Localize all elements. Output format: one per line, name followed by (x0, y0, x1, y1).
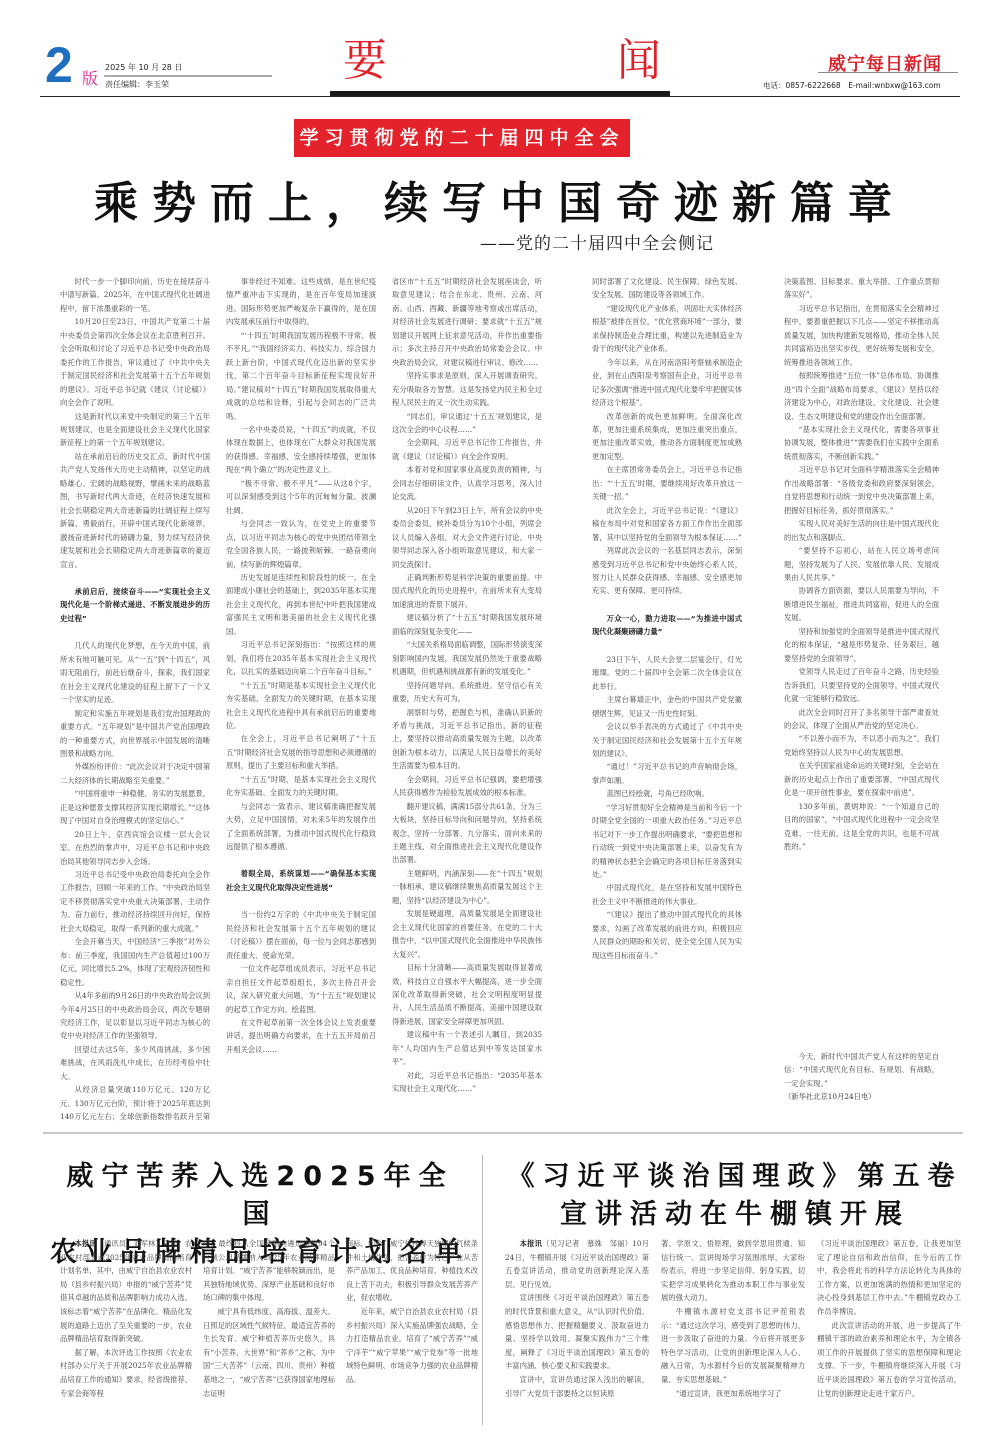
paragraph: 正确判断形势是科学决策的重要前提。中国式现代化的历史进程中，在前所未有大变局加速… (392, 571, 542, 611)
paragraph: “中国将重申一种稳健、务实的发展愿景，正是这种愿景支撑其经济实现长期增长。”“这… (60, 787, 210, 827)
paragraph: 从经济总量突破110万亿元、120万亿元、130万亿元台阶，预计将于2025年底… (60, 1083, 210, 1125)
paragraph: “基本实现社会主义现代化，需要各项事业协调发展，整体推进”“需要我们在实践中全面… (784, 423, 939, 463)
paragraph: 此次宣讲活动的开展，进一步提高了牛棚镇干部的政治素养和理论水平，为全镇各项工作的… (817, 1319, 961, 1401)
paragraph: 全会开幕当天，中国经济“三季报”对外公布：前三季度，我国国内生产总值超过100万… (60, 935, 210, 989)
paragraph: 一名中央委员说，“十四五”的成就，不仅体现在数据上，也体现在广大群众对我国发展的… (226, 423, 376, 477)
paragraph: 外媒纷纷评价：“此次会议对于决定中国第二大经济体的长期战略至关重要。” (60, 760, 210, 787)
topic-kicker-banner: 学习贯彻党的二十届四中全会精神 (294, 119, 630, 157)
paragraph: 主题鲜明，内涵深刻——在“十四五”规划一脉相承，建议稿继续聚焦高质量发展这个主题… (392, 867, 542, 907)
page-number-suffix: 版 (82, 66, 98, 89)
paragraph: 建议稿中有一个表述引人瞩目，到2035年“人均国内生产总值达到中等发达国家水平”… (392, 1028, 542, 1068)
paragraph: 从20日下午到23日上午，所有会议的中央委员会委员、候补委员分为10个小组，列席… (392, 504, 542, 571)
byline: （通讯员 刘军林） (97, 1239, 163, 1248)
paragraph: 今年以来，从在河南洛阳考察轴承制造企业，到在山西阳泉考察国有企业，习近平总书记多… (592, 356, 742, 410)
page-number: 2 (45, 40, 73, 90)
paragraph: 此次全会同时召开了多名领导干部严肃查处的会议，体现了全面从严治党的坚定决心。 (784, 706, 939, 733)
paragraph: 全会期间，习近平总书记作工作报告，并就《建议（讨论稿）》向全会作说明。 (392, 436, 542, 463)
paragraph: 宣讲中，宣讲员通过深入浅出的解读，引导广大党员干部要持之以恒读原 (505, 1373, 649, 1400)
paragraph: 决策蓝图、目标要求、重大举措、工作重点贯彻落实好”。 (784, 275, 939, 302)
paragraph: 23日下午，人民大会堂二层宴会厅，灯光璀璨。党的二十届四中全会第二次全体会议在此… (592, 653, 742, 693)
contact-info: 电话：0857-6222668 E-mail:wnbxw@163.com (763, 80, 941, 91)
paragraph: 当一份约2万字的《中共中央关于制定国民经济和社会发展第十五个五年规划的建议（讨论… (226, 908, 376, 962)
paragraph: 今天，新时代中国共产党人有这样的坚定自信：“中国式现代化有目标、有规划、有战略，… (784, 1050, 939, 1090)
lead-column-3: 省区市“十五五”时期经济社会发展座谈会，听取意见建议；结合在东北、贵州、云南、河… (392, 275, 542, 1125)
paragraph: 习近平总书记指出，在贯彻落实全会精神过程中，要着重把握以下几点——坚定不移推动高… (784, 302, 939, 369)
paragraph: 著、学原文、悟原理，做到学思用贯通、知信行统一。宣讲现场学习氛围浓厚，大家纷纷表… (661, 1237, 805, 1305)
paragraph: “同志们，审议通过‘十五五’规划建议，是这次全会的中心议程……” (392, 410, 542, 437)
lecture-column-2: 著、学原文、悟原理，做到学思用贯通、知信行统一。宣讲现场学习氛围浓厚，大家纷纷表… (661, 1237, 805, 1417)
paragraph: 本报讯（见习记者 慕姝 邹丽）10月24日，牛棚镇开展《习近平谈治国理政》第五卷… (505, 1237, 649, 1291)
byline: （见习记者 慕姝 邹丽） (542, 1239, 632, 1248)
paragraph: 威宁具有低纬度、高海拔、温差大、日照足的区域性气候特征，最适宜苦荞的生长发育。威… (203, 1305, 335, 1400)
paragraph: 历史发展是连续性和阶段性的统一。在全面建成小康社会的基础上，到2035年基本实现… (226, 571, 376, 638)
paragraph: “极不寻常、极不平凡”——从这8个字，可以深刻感受到这个5年的沉甸甸分量、波澜壮… (226, 477, 376, 517)
paragraph: 主席台幕墙正中，金色的中国共产党党徽熠熠生辉，见证又一历史性时刻。 (592, 693, 742, 720)
paragraph: 回望过去这5年，多少风雨挑战，多少困难挑战，在风雨洗礼中成长，在历经考验中壮大。 (60, 1043, 210, 1083)
paragraph: 近年来，威宁自治县农业农村局（县乡村振兴局）深入实施品牌强农战略，全力打造精品农… (346, 1305, 478, 1387)
byline-label: 本报讯 (75, 1239, 97, 1248)
paragraph: 130多年前，黄炳坤说：“一个知道自己的目的的国家”，“中国式现代化进程中一定会… (784, 800, 939, 854)
paragraph: 会议以举手表决的方式通过了《中共中央关于制定国民经济和社会发展第十五个五年规划的… (592, 720, 742, 760)
lecture-column-1: 本报讯（见习记者 慕姝 邹丽）10月24日，牛棚镇开展《习近平谈治国理政》第五卷… (505, 1237, 649, 1417)
section-title-char-1: 要 (343, 36, 387, 86)
paragraph: 此次全会上，习近平总书记说：“《建议》稿在布局中对党和国家各方面工作作出全面部署… (592, 504, 742, 544)
paragraph: 坚持实事求是原则，深入开展调查研究，充分吸取各方智慧。这是发扬党内民主和全过程人… (392, 369, 542, 409)
header-thin-rule (40, 96, 960, 97)
paragraph: 宣讲围绕《习近平谈治国理政》第五卷的时代背景和重大意义，从“认识时代价值、感悟思… (505, 1291, 649, 1373)
paragraph: 从4年多前的9月26日的中央政治局会议到今年4月25日的中央政治局会议，两次专题… (60, 989, 210, 1043)
paragraph: 本着对党和国家事业高度负责的精神，与会同志仔细研读文件，认真学习思考，深入讨论交… (392, 463, 542, 503)
paragraph: 《习近平谈治国理政》第五卷，让我更加坚定了理论自信和政治信仰，在今后的工作中，我… (817, 1237, 961, 1319)
paragraph: 制定和实施五年规划是我们党治国理政的重要方式。“五年规划”是中国共产党治国理政的… (60, 707, 210, 761)
lead-closing: 今天，新时代中国共产党人有这样的坚定自信：“中国式现代化有目标、有规划、有战略，… (784, 1050, 939, 1110)
paragraph: 时代一步一个脚印向前，历史在接续奋斗中谱写新篇。2025年，在中国式现代化壮阔进… (60, 275, 210, 315)
lecture-column-3: 《习近平谈治国理政》第五卷，让我更加坚定了理论自信和政治信仰，在今后的工作中，我… (817, 1237, 961, 1417)
paragraph: “‘十四五’时期我国发展历程极不寻常、极不平凡。”“我国经济实力、科技实力、综合… (226, 329, 376, 423)
paragraph: 发展是硬道理，高质量发展是全面建设社会主义现代化国家的首要任务，在党的二十大报告… (392, 907, 542, 961)
paragraph: 在文件起草前第一次全体会议上发表重要讲话，提出明确方向要求，在十五五开局前召开相… (226, 1016, 376, 1056)
column-divider (482, 1155, 483, 1425)
paragraph: 洞察时与势，把握危与机，准确认识新的矛盾与挑战，习近平总书记指出，新的征程上，要… (392, 706, 542, 773)
paragraph: “不以善小而不为，不以恶小而为之”，我们党始终坚持以人民为中心的发展思想。 (784, 732, 939, 759)
lead-column-2: 事非经过不知难。这些成绩，是在世纪疫情严重冲击下实现的，是在百年变局加速演进、国… (226, 275, 376, 1125)
paragraph: 序，最终将从全国范围内遴选出的94个区域公用品牌纳入2025年农业品牌精品培育计… (203, 1237, 335, 1305)
paragraph: 省区市“十五五”时期经济社会发展座谈会，听取意见建议；结合在东北、贵州、云南、河… (392, 275, 542, 369)
paragraph: 在关乎国家前途命运的关键时刻，全会站在新的历史起点上作出了重要部署，“中国式现代… (784, 759, 939, 799)
paragraph: “十五五”时期是基本实现社会主义现代化夯实基础、全面发力的关键时期，在基本实现社… (226, 679, 376, 733)
paragraph: “通过宣讲，我更加系统地学习了 (661, 1387, 805, 1401)
paragraph: 事非经过不知难。这些成绩，是在世纪疫情严重冲击下实现的，是在百年变局加速演进、国… (226, 275, 376, 329)
buckwheat-column-3: 商标。如今，威宁依托得天独厚的气候条件和土壤优势，把苦荞作为特色产业从苦荞产品加… (346, 1237, 478, 1417)
paragraph: 与会同志一致认为，在党史上的重要节点，以习近平同志为核心的党中央团结带领全党全国… (226, 517, 376, 571)
lead-subheadline: ——党的二十届四中全会侧记 (480, 229, 714, 254)
paragraph: “《建议》提出了推动中国式现代化的具体要求，勾画了改革发展的前进方向，积极回应人… (592, 908, 742, 962)
section-subheading: 承前启后，接续奋斗——“实现社会主义现代化是一个阶梯式递进、不断发展进步的历史过… (60, 585, 210, 625)
section-subheading: 着眼全局，系统谋划——“确保基本实现社会主义现代化取得决定性进展” (226, 867, 376, 894)
section-separator (43, 1132, 963, 1134)
paragraph: “十五五”时期，是基本实现社会主义现代化夯实基础、全面发力的关键时期。 (226, 773, 376, 800)
paragraph: 全会期间，习近平总书记强调，要把增强人民获得感作为检验发展成效的根本标准。 (392, 773, 542, 800)
paragraph: 中国式现代化，是在坚持和发展中国特色社会主义中不断推进的伟大事业。 (592, 881, 742, 908)
paragraph: 建议稿分析了“十五五”时期我国发展环境面临的深刻复杂变化—— (392, 611, 542, 638)
lead-column-1: 时代一步一个脚印向前，历史在接续奋斗中谱写新篇。2025年，在中国式现代化壮阔进… (60, 275, 210, 1125)
section-subheading: 万众一心，勠力进取——“为推进中国式现代化凝聚磅礴力量” (592, 612, 742, 639)
paragraph: 蓝图已经绘就，号角已经吹响。 (592, 787, 742, 800)
paragraph: 坚持和加强党的全面领导是推进中国式现代化的根本保证，“越是形势复杂、任务艰巨，越… (784, 625, 939, 665)
lead-column-4: 同时部署了文化建设、民生保障、绿色发展、安全发展、国防建设等各领域工作。 “建设… (592, 275, 742, 1125)
paragraph-text: 日前，农业农村部公示2025年农业品牌精品培育计划名单，其中，由威宁自治县农业农… (60, 1239, 192, 1343)
paragraph: 坚持问题导向，系统推进。坚守信心有关重要，历史大有可为。 (392, 679, 542, 706)
paragraph: 列席此次会议的一名基层同志表示，深刻感受到习近平总书记和党中央始终心系人民，努力… (592, 544, 742, 598)
paragraph: 这是新时代以来党中央制定的第三个五年规划建议，也是全面建设社会主义现代化国家新征… (60, 410, 210, 450)
paragraph: 站在承前启后的历史交汇点，新时代中国共产党人发扬伟大历史主动精神，以坚定的战略雄… (60, 450, 210, 571)
masthead-rule (104, 75, 272, 77)
paragraph: 目标十分清晰——高质量发展取得显著成效，科技自立自强水平大幅提高，进一步全面深化… (392, 961, 542, 1028)
paragraph: 本报讯（通讯员 刘军林）日前，农业农村部公示2025年农业品牌精品培育计划名单，… (60, 1237, 192, 1346)
paragraph: 协调各方面资源，要以人民需要为导向，不断增进民生福祉，推进共同富裕，促进人的全面… (784, 584, 939, 624)
buckwheat-column-2: 序，最终将从全国范围内遴选出的94个区域公用品牌纳入2025年农业品牌精品培育计… (203, 1237, 335, 1417)
paragraph: 据了解，本次评选工作按照《农业农村部办公厅关于开展2025年农业品牌精品培育工作… (60, 1346, 192, 1400)
paragraph: 习近平总书记对全面科学精准落实全会精神作出战略部署：“各级党委和政府要深刻领会，… (784, 463, 939, 517)
paragraph: “要坚持不忘初心，站在人民立场考虑问题，坚持发展为了人民、发展依靠人民、发展成果… (784, 544, 939, 584)
paragraph: 10月20日至23日，中国共产党第二十届中央委员会第四次全体会议在北京胜利召开。… (60, 315, 210, 409)
paragraph: “通过！”习近平总书记的声音响彻会场，掌声如潮。 (592, 760, 742, 787)
paragraph: 习近平总书记深刻指出：“按照这样的规划，我们将在2035年基本实现社会主义现代化… (226, 638, 376, 678)
paragraph: 20日上午，京西宾馆会议楼一层大会议室。在热烈的掌声中，习近平总书记和中央政治局… (60, 828, 210, 868)
paragraph: 党领导人民走过了百年奋斗之路，历史经验告诉我们，只要坚持党的全面领导，中国式现代… (784, 665, 939, 705)
paragraph: 几代人的现代化梦想，在今天的中国，前所未有地可触可见。从“一五”到“十四五”，风… (60, 639, 210, 706)
responsible-editor: 责任编辑：李玉荣 (105, 79, 169, 90)
paragraph: 同时部署了文化建设、民生保障、绿色发展、安全发展、国防建设等各领域工作。 (592, 275, 742, 302)
buckwheat-column-1: 本报讯（通讯员 刘军林）日前，农业农村部公示2025年农业品牌精品培育计划名单，… (60, 1237, 192, 1417)
paragraph: 商标。如今，威宁依托得天独厚的气候条件和土壤优势，把苦荞作为特色产业从苦荞产品加… (346, 1237, 478, 1305)
lead-column-5: 决策蓝图、目标要求、重大举措、工作重点贯彻落实好”。 习近平总书记指出，在贯彻落… (784, 275, 939, 1075)
paragraph: 改革创新的成色更加鲜明。全面深化改革，更加注重系统集成，更加注重突出重点，更加注… (592, 410, 742, 464)
paragraph: 习近平总书记受中央政治局委托向全会作工作报告，回顾一年来的工作。“中央政治局坚定… (60, 868, 210, 935)
paragraph: 与会同志一致表示，建议稿准确把握发展大势，立足中国国情，对未来5年的发展作出了全… (226, 800, 376, 854)
newspaper-name-rule (818, 72, 958, 73)
paragraph: 翻开建议稿，满满15部分共61条，分为三大板块，坚持目标导向和问题导向，坚持系统… (392, 800, 542, 867)
paragraph: 在主席团常务委员会上，习近平总书记指出：“‘十五五’时期，要继续用好改革开放这一… (592, 463, 742, 503)
section-title-char-2: 闻 (617, 36, 661, 86)
story-headline-lecture: 《习近平谈治国理政》第五卷 宣讲活动在牛棚镇开展 (505, 1158, 965, 1234)
issue-date: 2025 年 10 月 28 日 (105, 62, 182, 73)
headline-line-1: 威宁苦荞入选2025年全国 (50, 1158, 470, 1234)
paragraph: 对此，习近平总书记指出：“2035年基本实现社会主义现代化……” (392, 1069, 542, 1096)
headline-line-2: 宣讲活动在牛棚镇开展 (505, 1196, 965, 1234)
paragraph: 在全会上，习近平总书记阐明了“十五五”时期经济社会发展的指导思想和必须遵循的原则… (226, 732, 376, 772)
paragraph: 牛棚镇水源村党支部书记尹茬银表示：“通过这次学习，感受到了思想的伟力，进一步汲取… (661, 1305, 805, 1387)
dateline-signoff: （新华社北京10月24日电） (784, 1092, 876, 1101)
paragraph: “学习好贯彻好全会精神是当前和今后一个时期全党全国的一项重大政治任务。”习近平总… (592, 801, 742, 882)
paragraph: 一位文件起草组成员表示，习近平总书记亲自担任文件起草组组长，多次主持召开会议，深… (226, 962, 376, 1016)
headline-line-1: 《习近平谈治国理政》第五卷 (505, 1158, 965, 1196)
paragraph: “大国关系格局面临调整，国际形势演变深刻影响国内发展，我国发展仍然处于重要战略机… (392, 638, 542, 678)
paragraph: 实现人民对美好生活的向往是中国式现代化的出发点和落脚点。 (784, 517, 939, 544)
paragraph: 按照统筹推进“五位一体”总体布局、协调推进“四个全面”战略布局要求，《建议》坚持… (784, 369, 939, 423)
byline-label: 本报讯 (520, 1239, 543, 1248)
lead-headline: 乘势而上，续写中国奇迹新篇章 (60, 176, 940, 232)
paragraph: “建设现代化产业体系，巩固壮大实体经济根基”被排在首位，“优化营商环境”一部分，… (592, 302, 742, 356)
